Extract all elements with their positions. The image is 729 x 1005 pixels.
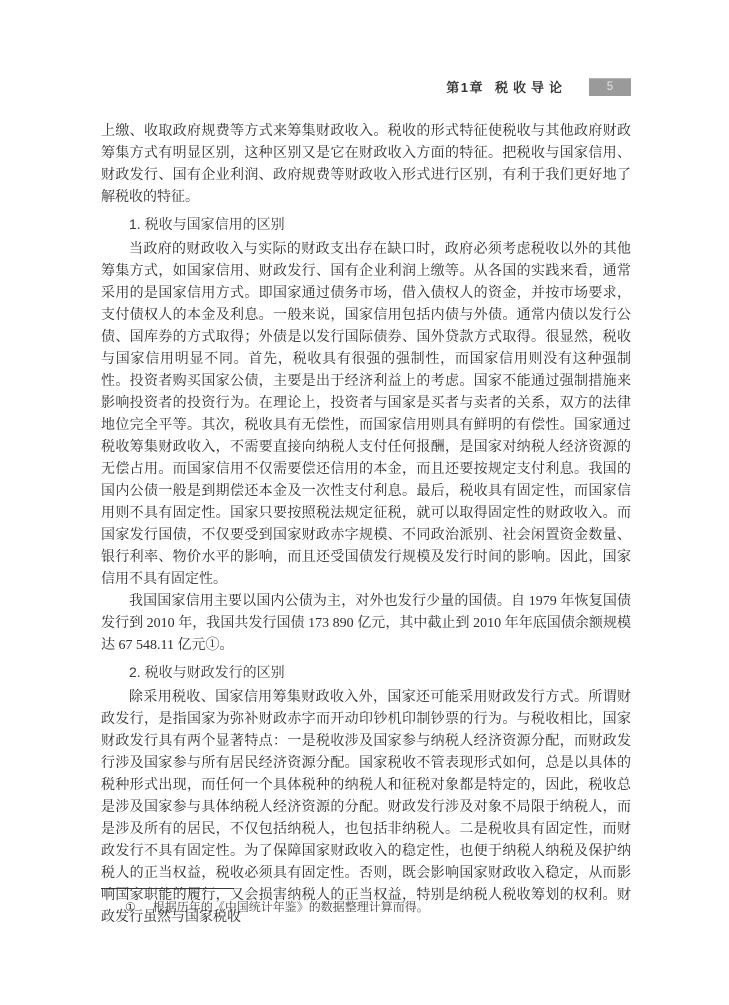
book-page: 第1章 税收导论 5 上缴、收取政府规费等方式来筹集财政收入。税收的形式特征使税… [0, 0, 729, 1005]
footnote: ① 根据历年的《中国统计年鉴》的数据整理计算而得。 [101, 899, 631, 915]
paragraph-tax-form-features: 上缴、收取政府规费等方式来筹集财政收入。税收的形式特征使税收与其他政府财政筹集方… [101, 121, 631, 209]
paragraph-state-credit-comparison: 当政府的财政收入与实际的财政支出存在缺口时，政府必须考虑税收以外的其他筹集方式，… [101, 239, 631, 591]
section-heading-tax-vs-fiscal-issuance: 2. 税收与财政发行的区别 [101, 661, 631, 683]
page-body: 上缴、收取政府规费等方式来筹集财政收入。税收的形式特征使税收与其他政府财政筹集方… [101, 121, 631, 929]
section-heading-tax-vs-state-credit: 1. 税收与国家信用的区别 [101, 213, 631, 235]
paragraph-china-bond-figures: 我国国家信用主要以国内公债为主，对外也发行少量的国债。自 1979 年恢复国债发… [101, 591, 631, 657]
page-header: 第1章 税收导论 5 [0, 77, 631, 96]
footnote-text: 根据历年的《中国统计年鉴》的数据整理计算而得。 [153, 899, 429, 915]
chapter-label: 第1章 [446, 77, 484, 96]
footnote-marker: ① [125, 899, 136, 915]
footnote-divider [101, 888, 234, 889]
chapter-title: 税收导论 [495, 77, 567, 96]
page-number-badge: 5 [589, 78, 631, 96]
footnote-area: ① 根据历年的《中国统计年鉴》的数据整理计算而得。 [101, 888, 631, 915]
